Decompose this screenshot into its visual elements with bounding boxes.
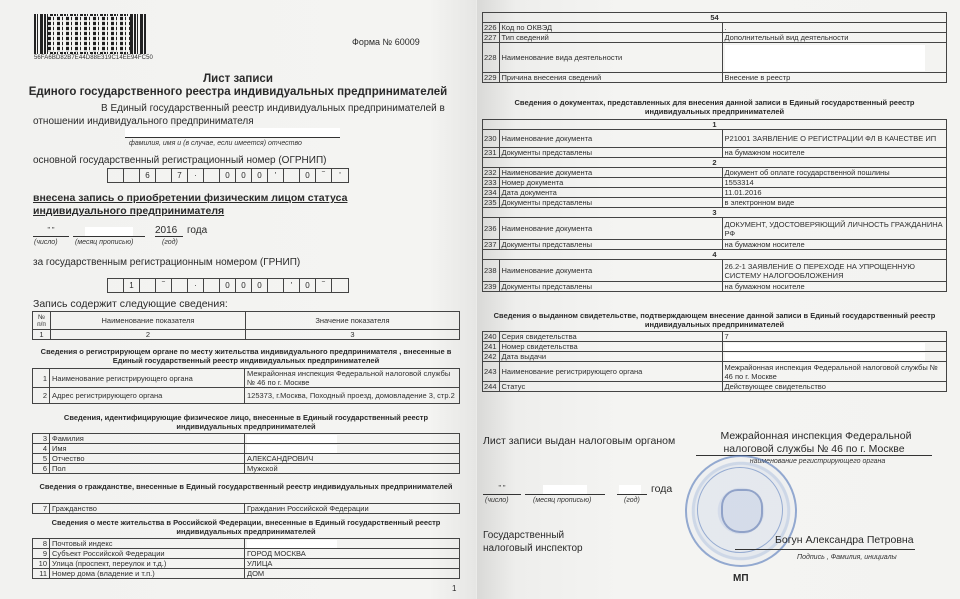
certificate-table: 240Серия свидетельства7241Номер свидетел… — [482, 331, 947, 392]
row-number: 242 — [483, 352, 500, 362]
issue-date-month — [525, 485, 605, 495]
row-value: Внесение в реестр — [722, 73, 946, 83]
row-name: Код по ОКВЭД — [499, 23, 722, 33]
ogrnip-boxes: 67·000'0‾' — [107, 168, 349, 183]
table-row: 6ПолМужской — [33, 464, 460, 474]
inspector-line-1: Государственный — [483, 530, 564, 541]
digit-cell — [204, 279, 220, 292]
barcode — [34, 14, 146, 54]
digit-cell: 6 — [140, 169, 156, 182]
table-row: 3Фамилия — [33, 434, 460, 444]
issue-date-suffix: года — [651, 483, 672, 495]
row-value: Дополнительный вид деятельности — [722, 33, 946, 43]
row-number: 3 — [33, 434, 50, 444]
row-name: Пол — [50, 464, 245, 474]
page-title: Лист записи — [0, 73, 476, 85]
ogrnip-label: основной государственный регистрационный… — [33, 155, 326, 166]
row-value — [722, 352, 946, 362]
row-name: Наименование регистрирующего органа — [499, 362, 722, 382]
table-row: 230Наименование документаР21001 ЗАЯВЛЕНИ… — [483, 130, 947, 148]
table-row: 10Улица (проспект, переулок и т.д.)УЛИЦА — [33, 559, 460, 569]
row-name: Фамилия — [50, 434, 245, 444]
row-name: Адрес регистрирующего органа — [50, 388, 245, 404]
row-value: АЛЕКСАНДРОВИЧ — [245, 454, 460, 464]
section-table: 7ГражданствоГражданин Российской Федерац… — [32, 503, 460, 514]
table-row: 231Документы представленына бумажном нос… — [483, 148, 947, 158]
group-header-row: 54 — [483, 13, 947, 23]
row-value — [245, 444, 460, 454]
group-index: 3 — [483, 208, 947, 218]
row-number: 9 — [33, 549, 50, 559]
row-value — [245, 539, 460, 549]
row-number: 234 — [483, 188, 500, 198]
table-row: 237Документы представленына бумажном нос… — [483, 240, 947, 250]
digit-cell: 0 — [252, 169, 268, 182]
digit-cell: 7 — [172, 169, 188, 182]
table-row: 233Номер документа1553314 — [483, 178, 947, 188]
digit-cell — [204, 169, 220, 182]
section-table: 1Наименование регистрирующего органаМежр… — [32, 368, 460, 404]
page-number: 1 — [452, 584, 456, 593]
table-row: 240Серия свидетельства7 — [483, 332, 947, 342]
row-number: 229 — [483, 73, 500, 83]
section-title: Сведения о гражданстве, внесенные в Един… — [32, 482, 460, 491]
entry-line-2: индивидуального предпринимателя — [33, 205, 224, 217]
date-year: 2016 — [155, 225, 183, 237]
row-number: 239 — [483, 282, 500, 292]
issue-hint-month: (месяц прописью) — [533, 497, 591, 504]
date-suffix: года — [187, 225, 207, 236]
row-number: 2 — [33, 388, 50, 404]
row-name: Документы представлены — [499, 282, 722, 292]
hint-month: (месяц прописью) — [75, 239, 133, 246]
date-day: " " — [33, 227, 69, 237]
row-value: на бумажном носителе — [722, 240, 946, 250]
digit-cell — [268, 279, 284, 292]
row-value — [722, 342, 946, 352]
row-name: Почтовый индекс — [50, 539, 245, 549]
digit-cell: 0 — [300, 279, 316, 292]
group-index: 4 — [483, 250, 947, 260]
row-value: Межрайонная инспекция Федеральной налого… — [245, 369, 460, 388]
digit-cell — [140, 279, 156, 292]
row-value: Действующее свидетельство — [722, 382, 946, 392]
issue-hint-day: (число) — [485, 497, 509, 504]
row-value: Гражданин Российской Федерации — [245, 504, 460, 514]
certificate-title: Сведения о выданном свидетельстве, подтв… — [482, 311, 947, 329]
table-row: 229Причина внесения сведенийВнесение в р… — [483, 73, 947, 83]
row-value: 26.2-1 ЗАЯВЛЕНИЕ О ПЕРЕХОДЕ НА УПРОЩЕННУ… — [722, 260, 946, 282]
row-name: Наименование документа — [499, 260, 722, 282]
row-number: 11 — [33, 569, 50, 579]
row-name: Документы представлены — [499, 198, 722, 208]
table-row: 228Наименование вида деятельности — [483, 43, 947, 73]
contains-label: Запись содержит следующие сведения: — [33, 298, 228, 310]
digit-cell: 0 — [220, 279, 236, 292]
row-number: 227 — [483, 33, 500, 43]
row-number: 8 — [33, 539, 50, 549]
row-name: Наименование вида деятельности — [499, 43, 722, 73]
row-value: в электронном виде — [722, 198, 946, 208]
row-name: Номер свидетельства — [499, 342, 722, 352]
row-value — [722, 43, 946, 73]
row-value: 11.01.2016 — [722, 188, 946, 198]
group-header-row: 1 — [483, 120, 947, 130]
header-table: № п/п Наименование показателя Значение п… — [32, 311, 460, 340]
date-month — [73, 227, 145, 237]
row-value: ДОМ — [245, 569, 460, 579]
row-number: 236 — [483, 218, 500, 240]
issue-date-year — [617, 485, 647, 495]
table-row: 239Документы представленына бумажном нос… — [483, 282, 947, 292]
form-number: Форма № 60009 — [352, 37, 420, 47]
intro-line-2: отношении индивидуального предпринимател… — [33, 116, 254, 127]
digit-cell — [124, 169, 140, 182]
official-stamp-icon — [685, 455, 797, 567]
section-table: 8Почтовый индекс9Субъект Российской Феде… — [32, 538, 460, 579]
row-number: 237 — [483, 240, 500, 250]
row-value: на бумажном носителе — [722, 282, 946, 292]
row-value: ГОРОД МОСКВА — [245, 549, 460, 559]
barcode-text: 56FA6BD82B7E44D88E319C14EE94FC50 — [34, 55, 153, 61]
issue-hint-year: (год) — [624, 497, 640, 504]
row-name: Серия свидетельства — [499, 332, 722, 342]
row-name: Улица (проспект, переулок и т.д.) — [50, 559, 245, 569]
row-value: 7 — [722, 332, 946, 342]
hint-year: (год) — [162, 239, 178, 246]
header-num-3: 3 — [246, 330, 460, 340]
header-col-name: Наименование показателя — [51, 312, 246, 330]
digit-cell: ‾ — [316, 279, 332, 292]
entry-line-1: внесена запись о приобретении физическим… — [33, 192, 347, 204]
grnip-boxes: 1‾·000'0‾ — [107, 278, 349, 293]
row-name: Имя — [50, 444, 245, 454]
row-name: Субъект Российской Федерации — [50, 549, 245, 559]
row-name: Наименование документа — [499, 218, 722, 240]
group-header-row: 4 — [483, 250, 947, 260]
row-value: на бумажном носителе — [722, 148, 946, 158]
digit-cell — [108, 169, 124, 182]
table-row: 1Наименование регистрирующего органаМежр… — [33, 369, 460, 388]
table-row: 226Код по ОКВЭД. — [483, 23, 947, 33]
group-index: 1 — [483, 120, 947, 130]
row-number: 240 — [483, 332, 500, 342]
table-row: 234Дата документа11.01.2016 — [483, 188, 947, 198]
digit-cell: ‾ — [156, 279, 172, 292]
digit-cell — [108, 279, 124, 292]
digit-cell: ' — [268, 169, 284, 182]
table-row: 9Субъект Российской ФедерацииГОРОД МОСКВ… — [33, 549, 460, 559]
digit-cell: 0 — [252, 279, 268, 292]
digit-cell — [332, 279, 348, 292]
digit-cell: 0 — [236, 169, 252, 182]
row-number: 243 — [483, 362, 500, 382]
row-number: 233 — [483, 178, 500, 188]
row-number: 10 — [33, 559, 50, 569]
digit-cell: · — [188, 279, 204, 292]
row-number: 4 — [33, 444, 50, 454]
row-number: 235 — [483, 198, 500, 208]
group-index: 2 — [483, 158, 947, 168]
table-row: 7ГражданствоГражданин Российской Федерац… — [33, 504, 460, 514]
row-name: Отчество — [50, 454, 245, 464]
left-page: 56FA6BD82B7E44D88E319C14EE94FC50 Форма №… — [0, 0, 476, 599]
group-index: 54 — [483, 13, 947, 23]
issue-date-day: " " — [483, 485, 521, 495]
row-name: Тип сведений — [499, 33, 722, 43]
row-number: 238 — [483, 260, 500, 282]
table-row: 238Наименование документа26.2-1 ЗАЯВЛЕНИ… — [483, 260, 947, 282]
row-value — [245, 434, 460, 444]
fio-hint: фамилия, имя и (в случае, если имеется) … — [129, 140, 302, 147]
table-row: 235Документы представленыв электронном в… — [483, 198, 947, 208]
table-row: 242Дата выдачи — [483, 352, 947, 362]
row-name: Дата документа — [499, 188, 722, 198]
section-table: 3Фамилия4Имя5ОтчествоАЛЕКСАНДРОВИЧ6ПолМу… — [32, 433, 460, 474]
signature-hint: Подпись , Фамилия, инициалы — [797, 554, 897, 561]
digit-cell: ' — [332, 169, 348, 182]
row-number: 226 — [483, 23, 500, 33]
table-row: 244СтатусДействующее свидетельство — [483, 382, 947, 392]
row-name: Статус — [499, 382, 722, 392]
row-name: Дата выдачи — [499, 352, 722, 362]
group-header-row: 2 — [483, 158, 947, 168]
issuer-line-1: Межрайонная инспекция Федеральной — [706, 430, 926, 442]
inspector-line-2: налоговый инспектор — [483, 543, 583, 554]
digit-cell: 0 — [236, 279, 252, 292]
issued-label: Лист записи выдан налоговым органом — [483, 435, 675, 447]
fio-field — [125, 128, 340, 138]
page-subtitle: Единого государственного реестра индивид… — [0, 86, 476, 98]
grnip-label: за государственным регистрационным номер… — [33, 257, 300, 268]
row-name: Причина внесения сведений — [499, 73, 722, 83]
signature-line — [735, 548, 915, 550]
issuer-line-2: налоговой службы № 46 по г. Москве — [696, 443, 932, 456]
digit-cell — [284, 169, 300, 182]
row-value: 1553314 — [722, 178, 946, 188]
header-num-1: 1 — [33, 330, 51, 340]
row-name: Наименование регистрирующего органа — [50, 369, 245, 388]
digit-cell: ‾ — [316, 169, 332, 182]
row-number: 244 — [483, 382, 500, 392]
row-name: Гражданство — [50, 504, 245, 514]
row-number: 7 — [33, 504, 50, 514]
section-title: Сведения, идентифицирующие физическое ли… — [32, 413, 460, 431]
stamp-label: МП — [733, 573, 749, 584]
row-name: Номер дома (владение и т.п.) — [50, 569, 245, 579]
row-number: 5 — [33, 454, 50, 464]
row-value: Межрайонная инспекция Федеральной налого… — [722, 362, 946, 382]
section-title: Сведения о месте жительства в Российской… — [32, 518, 460, 536]
digit-cell: ' — [284, 279, 300, 292]
row-value: Р21001 ЗАЯВЛЕНИЕ О РЕГИСТРАЦИИ ФЛ В КАЧЕ… — [722, 130, 946, 148]
table-row: 241Номер свидетельства — [483, 342, 947, 352]
digit-cell — [156, 169, 172, 182]
group-header-row: 3 — [483, 208, 947, 218]
table-row: 227Тип сведенийДополнительный вид деятел… — [483, 33, 947, 43]
table-row: 5ОтчествоАЛЕКСАНДРОВИЧ — [33, 454, 460, 464]
table-row: 4Имя — [33, 444, 460, 454]
row-value: УЛИЦА — [245, 559, 460, 569]
row-name: Документы представлены — [499, 148, 722, 158]
table-row: 232Наименование документаДокумент об опл… — [483, 168, 947, 178]
row-name: Документы представлены — [499, 240, 722, 250]
row-name: Номер документа — [499, 178, 722, 188]
table-row: 243Наименование регистрирующего органаМе… — [483, 362, 947, 382]
inspector-name: Богун Александра Петровна — [775, 534, 914, 546]
row-value: Мужской — [245, 464, 460, 474]
row-number: 228 — [483, 43, 500, 73]
header-num-2: 2 — [51, 330, 246, 340]
digit-cell: · — [188, 169, 204, 182]
row-value: 125373, г.Москва, Походный проезд, домов… — [245, 388, 460, 404]
table-row: 8Почтовый индекс — [33, 539, 460, 549]
digit-cell: 0 — [220, 169, 236, 182]
row-name: Наименование документа — [499, 130, 722, 148]
digit-cell: 0 — [300, 169, 316, 182]
header-col-number: № п/п — [33, 312, 51, 330]
row-number: 230 — [483, 130, 500, 148]
row-number: 6 — [33, 464, 50, 474]
digit-cell — [172, 279, 188, 292]
header-col-value: Значение показателя — [246, 312, 460, 330]
row-number: 231 — [483, 148, 500, 158]
activity-table: 54226Код по ОКВЭД.227Тип сведенийДополни… — [482, 12, 947, 83]
documents-table: 1230Наименование документаР21001 ЗАЯВЛЕН… — [482, 119, 947, 292]
row-name: Наименование документа — [499, 168, 722, 178]
documents-title: Сведения о документах, представленных дл… — [482, 98, 947, 116]
table-row: 2Адрес регистрирующего органа125373, г.М… — [33, 388, 460, 404]
row-value: Документ об оплате государственной пошли… — [722, 168, 946, 178]
section-title: Сведения о регистрирующем органе по мест… — [32, 347, 460, 365]
digit-cell: 1 — [124, 279, 140, 292]
row-number: 241 — [483, 342, 500, 352]
hint-day: (число) — [34, 239, 58, 246]
table-row: 236Наименование документаДОКУМЕНТ, УДОСТ… — [483, 218, 947, 240]
table-row: 11Номер дома (владение и т.п.)ДОМ — [33, 569, 460, 579]
row-value: . — [722, 23, 946, 33]
row-number: 232 — [483, 168, 500, 178]
row-value: ДОКУМЕНТ, УДОСТОВЕРЯЮЩИЙ ЛИЧНОСТЬ ГРАЖДА… — [722, 218, 946, 240]
row-number: 1 — [33, 369, 50, 388]
intro-line-1: В Единый государственный реестр индивиду… — [101, 103, 445, 114]
